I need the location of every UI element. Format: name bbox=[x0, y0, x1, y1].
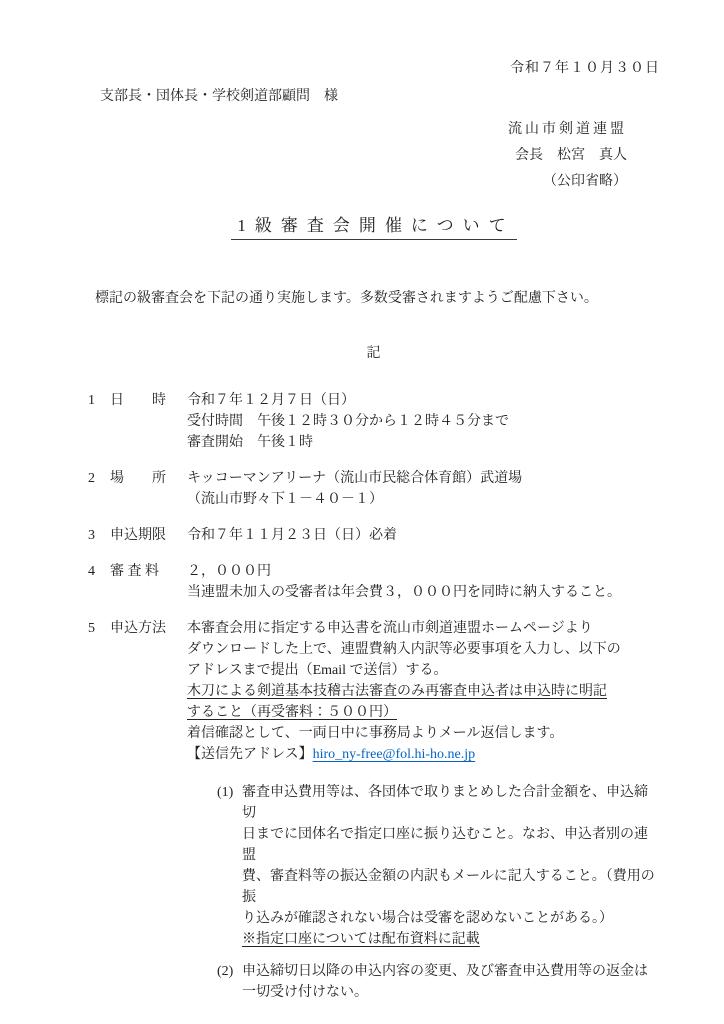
payment-line: 審査申込費用等は、各団体で取りまとめした合計金額を、申込締切 bbox=[242, 782, 660, 824]
item-content-venue: キッコーマンアリーナ（流山市民総合体育館）武道場 （流山市野々下１－４０－１） bbox=[187, 468, 660, 510]
item-content-datetime: 令和７年１２月７日（日） 受付時間 午後１２時３０分から１２時４５分まで 審査開… bbox=[187, 390, 660, 453]
item-content-fee: ２，０００円 当連盟未加入の受審者は年会費３，０００円を同時に納入すること。 bbox=[187, 561, 660, 603]
item-number: 2 bbox=[88, 468, 110, 489]
email-address-line: 【送信先アドレス】hiro_ny-free@fol.hi-ho.ne.jp bbox=[187, 744, 660, 765]
confirmation-reply-line: 着信確認として、一両日中に事務局よりメール返信します。 bbox=[187, 723, 660, 744]
document-title: 1級審査会開催について bbox=[231, 215, 516, 240]
document-page: 令和７年１０月３０日 支部長・団体長・学校剣道部顧問 様 流山市剣道連盟 会長 … bbox=[0, 0, 724, 1024]
no-refund-line: 申込締切日以降の申込内容の変更、及び審査申込費用等の返金は bbox=[242, 961, 660, 982]
item-label-application: 申込方法 bbox=[110, 618, 167, 639]
sub-item-list: (1) 審査申込費用等は、各団体で取りまとめした合計金額を、申込締切 日までに団… bbox=[217, 782, 660, 1003]
fee-note-line: 当連盟未加入の受審者は年会費３，０００円を同時に納入すること。 bbox=[187, 582, 660, 603]
organization-name: 流山市剣道連盟 bbox=[508, 117, 627, 143]
venue-address-line: （流山市野々下１－４０－１） bbox=[187, 489, 660, 510]
item-label-deadline: 申込期限 bbox=[110, 525, 167, 546]
sub-item-payment: (1) 審査申込費用等は、各団体で取りまとめした合計金額を、申込締切 日までに団… bbox=[217, 782, 660, 950]
item-number: 3 bbox=[88, 525, 110, 546]
deadline-line: 令和７年１１月２３日（日）必着 bbox=[187, 525, 660, 546]
item-label-datetime: 日 時 bbox=[110, 390, 167, 411]
application-line: アドレスまで提出（Email で送信）する。 bbox=[187, 660, 660, 681]
re-exam-fee-line: すること（再受審料：５００円） bbox=[187, 702, 660, 723]
application-line: ダウンロードした上で、連盟費納入内訳等必要事項を入力し、以下の bbox=[187, 639, 660, 660]
email-link[interactable]: hiro_ny-free@fol.hi-ho.ne.jp bbox=[313, 747, 476, 762]
item-number: 1 bbox=[88, 390, 110, 411]
item-list: 1 日 時 令和７年１２月７日（日） 受付時間 午後１２時３０分から１２時４５分… bbox=[88, 390, 660, 1014]
datetime-line: 令和７年１２月７日（日） bbox=[187, 390, 660, 411]
title-row: 1級審査会開催について bbox=[88, 215, 660, 240]
item-number: 4 bbox=[88, 561, 110, 582]
sub-item-no-refund-content: 申込締切日以降の申込内容の変更、及び審査申込費用等の返金は 一切受け付けない。 bbox=[242, 961, 660, 1003]
reception-time-line: 受付時間 午後１２時３０分から１２時４５分まで bbox=[187, 411, 660, 432]
document-date: 令和７年１０月３０日 bbox=[88, 58, 660, 79]
exam-start-line: 審査開始 午後１時 bbox=[187, 432, 660, 453]
bokuto-exam-note-line: 木刀による剣道基本技稽古法審査のみ再審査申込者は申込時に明記 bbox=[187, 681, 660, 702]
item-date-time: 1 日 時 令和７年１２月７日（日） 受付時間 午後１２時３０分から１２時４５分… bbox=[88, 390, 660, 453]
sub-item-no-refund: (2) 申込締切日以降の申込内容の変更、及び審査申込費用等の返金は 一切受け付け… bbox=[217, 961, 660, 1003]
record-marker: 記 bbox=[88, 343, 660, 364]
signature-block: 流山市剣道連盟 会長 松宮 真人 （公印省略） bbox=[508, 117, 627, 195]
item-content-deadline: 令和７年１１月２３日（日）必着 bbox=[187, 525, 660, 546]
sub-item-number: (1) bbox=[217, 782, 242, 803]
seal-omitted-note: （公印省略） bbox=[508, 169, 627, 195]
addressee-line: 支部長・団体長・学校剣道部顧問 様 bbox=[100, 86, 660, 107]
application-line: 本審査会用に指定する申込書を流山市剣道連盟ホームページより bbox=[187, 618, 660, 639]
item-fee: 4 審 査 料 ２，０００円 当連盟未加入の受審者は年会費３，０００円を同時に納… bbox=[88, 561, 660, 603]
item-label-fee: 審 査 料 bbox=[110, 561, 167, 582]
payment-line: 費、審査料等の振込金額の内訳もメールに記入すること。（費用の振 bbox=[242, 866, 660, 908]
payment-line: 日までに団体名で指定口座に振り込むこと。なお、申込者別の連盟 bbox=[242, 824, 660, 866]
president-name: 会長 松宮 真人 bbox=[508, 143, 627, 169]
payment-line: り込みが確認されない場合は受審を認めないことがある。） bbox=[242, 908, 660, 929]
sub-item-number: (2) bbox=[217, 961, 242, 982]
fee-amount-line: ２，０００円 bbox=[187, 561, 660, 582]
sub-item-payment-content: 審査申込費用等は、各団体で取りまとめした合計金額を、申込締切 日までに団体名で指… bbox=[242, 782, 660, 950]
item-deadline: 3 申込期限 令和７年１１月２３日（日）必着 bbox=[88, 525, 660, 546]
item-venue: 2 場 所 キッコーマンアリーナ（流山市民総合体育館）武道場 （流山市野々下１－… bbox=[88, 468, 660, 510]
designated-account-note-line: ※指定口座については配布資料に記載 bbox=[242, 929, 660, 950]
email-label: 【送信先アドレス】 bbox=[187, 747, 313, 762]
item-label-venue: 場 所 bbox=[110, 468, 167, 489]
intro-paragraph: 標記の級審査会を下記の通り実施します。多数受審されますようご配慮下さい。 bbox=[88, 288, 660, 309]
item-content-application: 本審査会用に指定する申込書を流山市剣道連盟ホームページより ダウンロードした上で… bbox=[187, 618, 660, 1014]
item-application-method: 5 申込方法 本審査会用に指定する申込書を流山市剣道連盟ホームページより ダウン… bbox=[88, 618, 660, 1014]
item-number: 5 bbox=[88, 618, 110, 639]
venue-name-line: キッコーマンアリーナ（流山市民総合体育館）武道場 bbox=[187, 468, 660, 489]
no-refund-line: 一切受け付けない。 bbox=[242, 982, 660, 1003]
